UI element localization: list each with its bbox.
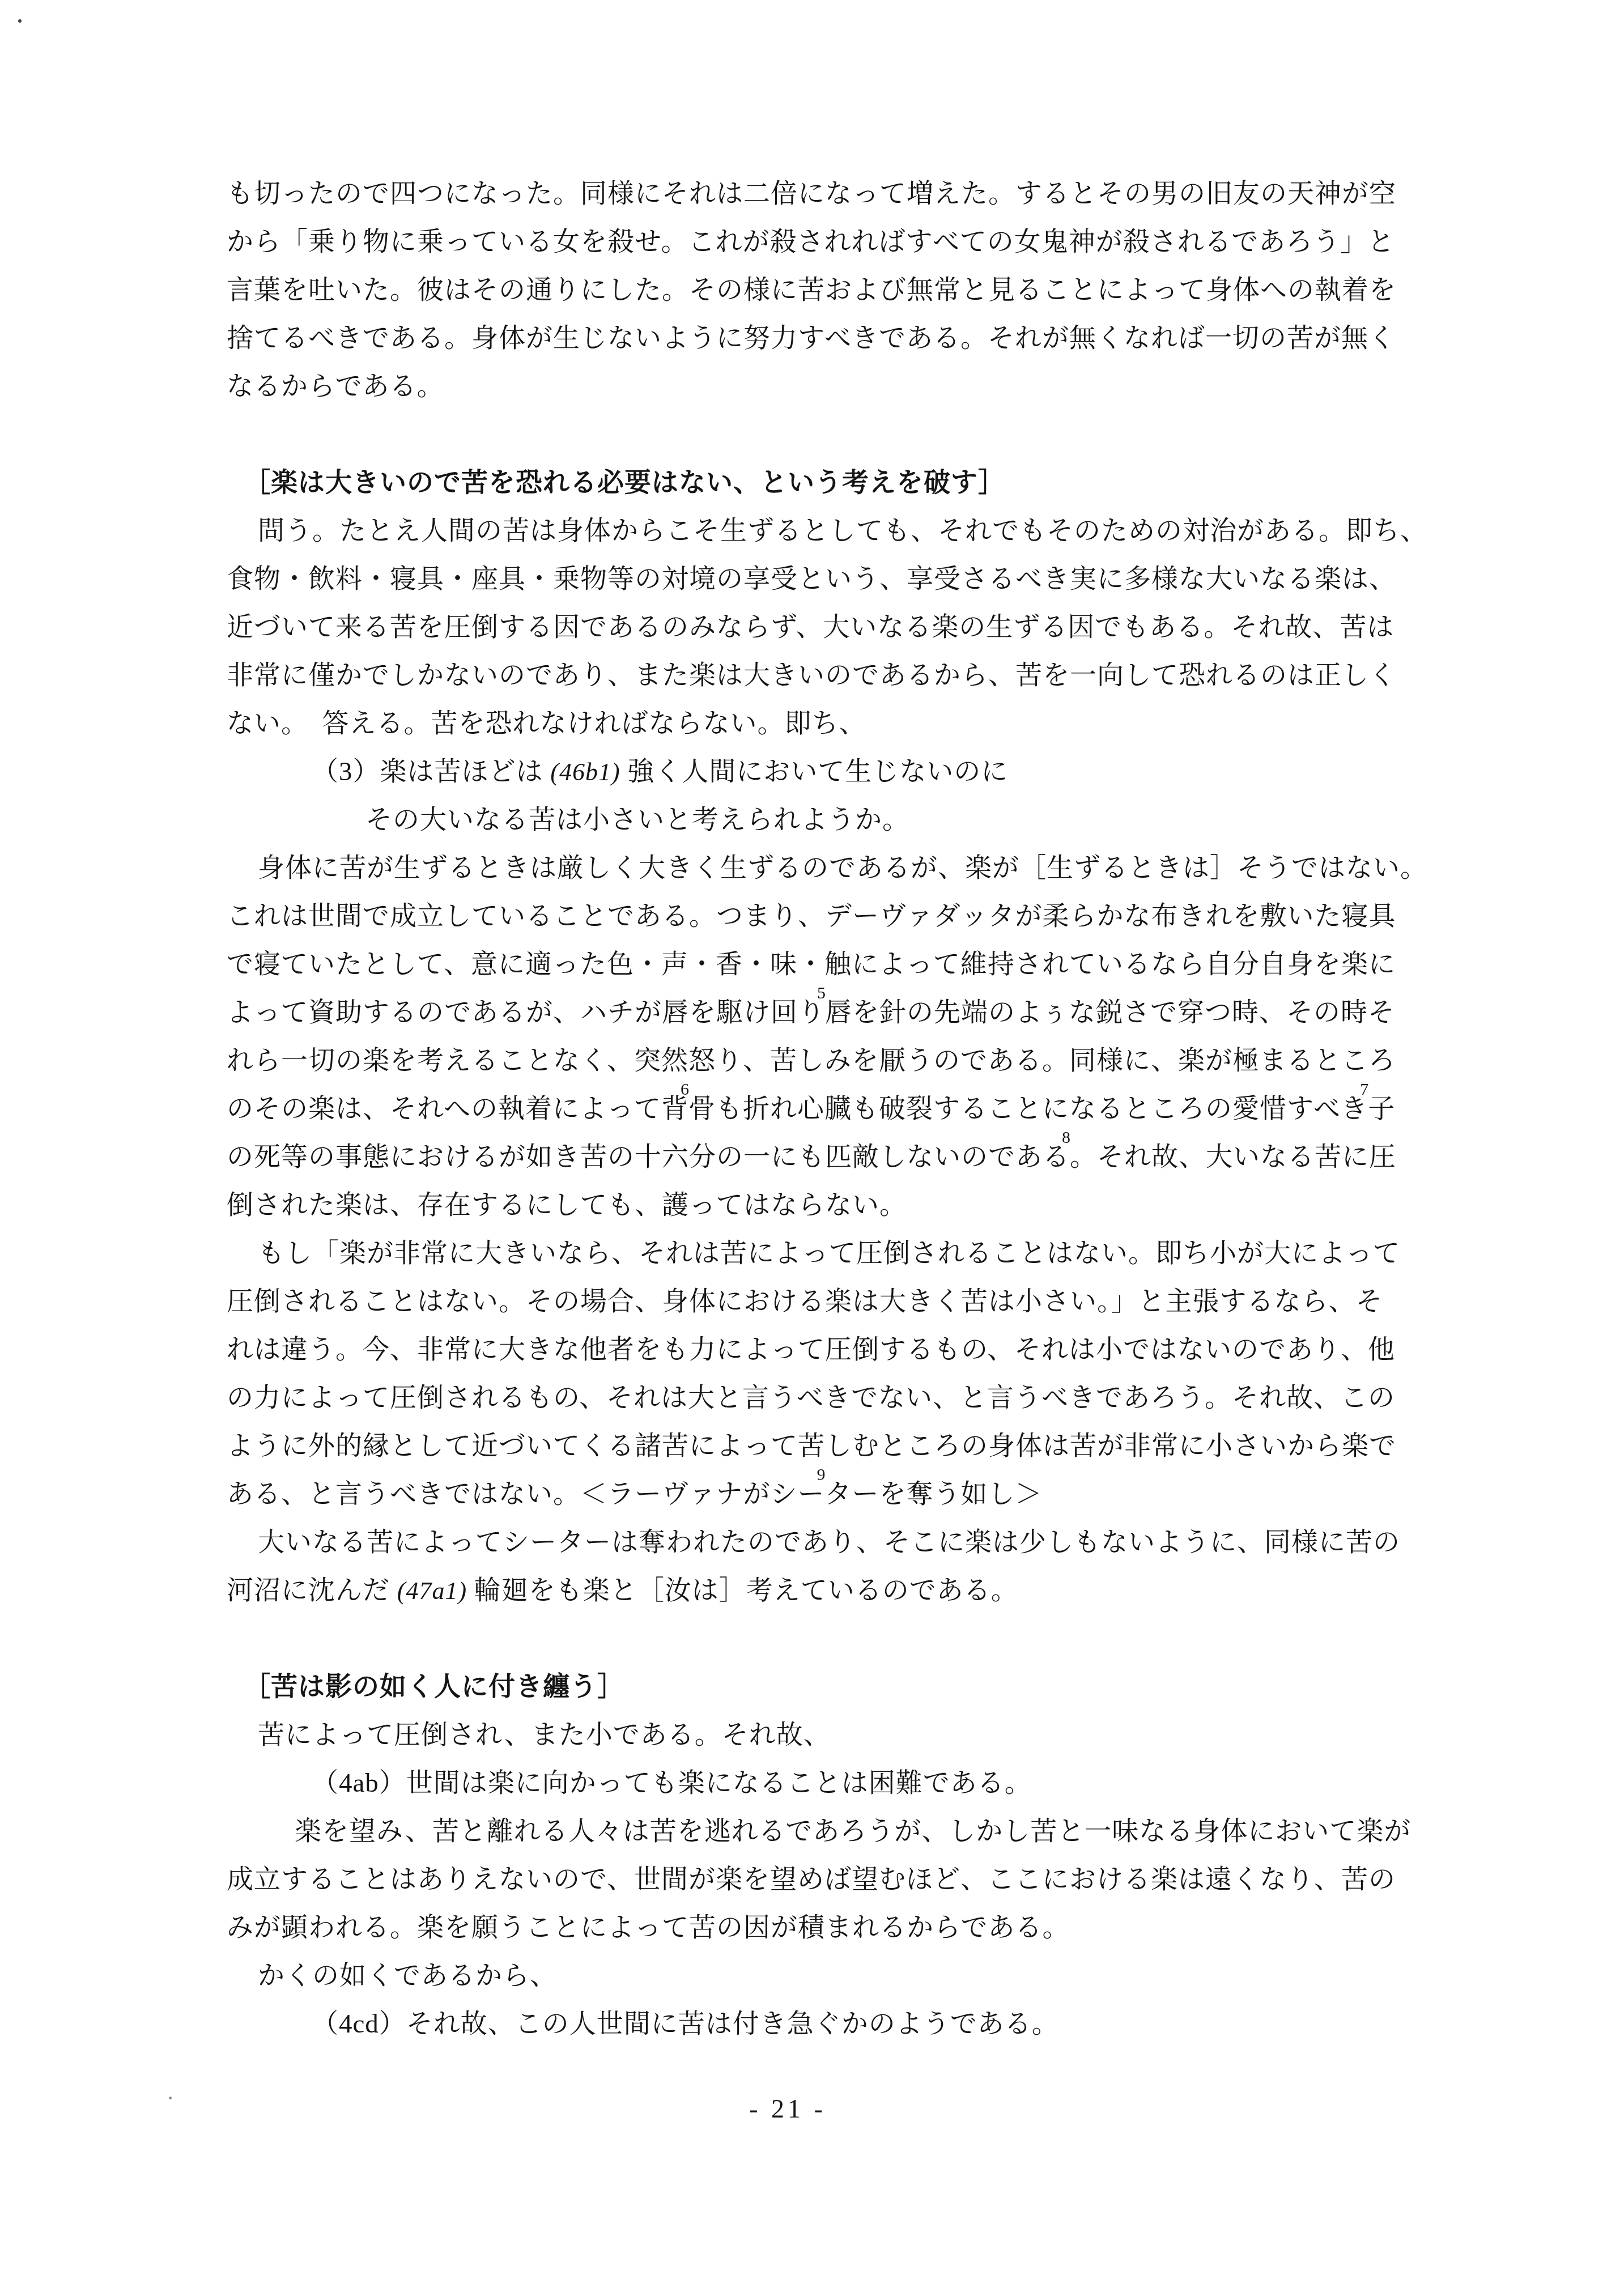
text-line: のその楽は、それへの執着によって背6骨も折れ心臓も破裂することになるところの愛惜…: [227, 1085, 1473, 1133]
text-line: れは違う。今、非常に大きな他者をも力によって圧倒するもの、それは小ではないのであ…: [227, 1326, 1473, 1374]
text-line: 苦によって圧倒され、また小である。それ故、: [227, 1711, 1473, 1759]
text-line: 楽を望み、苦と離れる人々は苦を逃れるであろうが、しかし苦と一味なる身体において楽…: [227, 1808, 1473, 1856]
text-line: ように外的縁として近づいてくる諸苦によって苦しむところの身体は苦が非常に小さいか…: [227, 1422, 1473, 1470]
page-body: も切ったので四つになった。同様にそれは二倍になって増えた。するとその男の旧友の天…: [227, 170, 1473, 2048]
page-number: - 21 -: [0, 2094, 1575, 2124]
text-line: れら一切の楽を考えることなく、突然怒り、苦しみを厭うのである。同様に、楽が極まる…: [227, 1037, 1473, 1085]
text-line: かくの如くであるから、: [227, 1952, 1473, 2000]
text-line: 倒された楽は、存在するにしても、護ってはならない。: [227, 1181, 1473, 1230]
text-line: 言葉を吐いた。彼はその通りにした。その様に苦および無常と見ることによって身体への…: [227, 266, 1473, 314]
text-line: もし「楽が非常に大きいなら、それは苦によって圧倒されることはない。即ち小が大によ…: [227, 1230, 1473, 1278]
text-line: 近づいて来る苦を圧倒する因であるのみならず、大いなる楽の生ずる因でもある。それ故…: [227, 603, 1473, 652]
verse-line: （3）楽は苦ほどは (46b1) 強く人間において生じないのに: [227, 748, 1473, 796]
text-line: 大いなる苦によってシーターは奪われたのであり、そこに楽は少しもないように、同様に…: [227, 1519, 1473, 1567]
text-line: 問う。たとえ人間の苦は身体からこそ生ずるとしても、それでもそのための対治がある。…: [227, 507, 1473, 555]
text-line: ない。 答える。苦を恐れなければならない。即ち、: [227, 700, 1473, 748]
section-heading: ［苦は影の如く人に付き纏う］: [227, 1663, 1473, 1711]
text-line: 非常に僅かでしかないのであり、また楽は大きいのであるから、苦を一向して恐れるのは…: [227, 652, 1473, 700]
text-line: よって資助するのであるが、ハチが唇を駆け回り5唇を針の先端のよぅな鋭さで穿つ時、…: [227, 989, 1473, 1037]
text-line: の力によって圧倒されるもの、それは大と言うべきでない、と言うべきであろう。それ故…: [227, 1374, 1473, 1422]
text-line: 成立することはありえないので、世間が楽を望めば望むほど、ここにおける楽は遠くなり…: [227, 1856, 1473, 1904]
document-page: も切ったので四つになった。同様にそれは二倍になって増えた。するとその男の旧友の天…: [0, 0, 1624, 2296]
folio-reference: (46b1): [550, 758, 620, 786]
text-line: なるからである。: [227, 363, 1473, 411]
text-line: 身体に苦が生ずるときは厳しく大きく生ずるのであるが、楽が［生ずるときは］そうでは…: [227, 844, 1473, 892]
verse-line: （4ab）世間は楽に向かっても楽になることは困難である。: [227, 1759, 1473, 1808]
text-line: 捨てるべきである。身体が生じないように努力すべきである。それが無くなれば一切の苦…: [227, 314, 1473, 363]
text-line: ある、と言うべきではない。＜ラーヴァナがシー9ターを奪う如し＞: [227, 1470, 1473, 1519]
text-line: これは世間で成立していることである。つまり、デーヴァダッタが柔らかな布きれを敷い…: [227, 892, 1473, 941]
text-line: 食物・飲料・寝具・座具・乗物等の対境の享受という、享受さるべき実に多様な大いなる…: [227, 555, 1473, 603]
verse-line: （4cd）それ故、この人世間に苦は付き急ぐかのようである。: [227, 2000, 1473, 2048]
verse-line: その大いなる苦は小さいと考えられようか。: [227, 796, 1473, 844]
scan-artifact: [18, 19, 22, 23]
folio-reference: (47a1): [397, 1577, 467, 1605]
section-heading: ［楽は大きいので苦を恐れる必要はない、という考えを破す］: [227, 459, 1473, 507]
text-line: みが顕われる。楽を願うことによって苦の因が積まれるからである。: [227, 1904, 1473, 1952]
text-line: 圧倒されることはない。その場合、身体における楽は大きく苦は小さい。」と主張するな…: [227, 1278, 1473, 1326]
text-line: 河沼に沈んだ (47a1) 輪廻をも楽と［汝は］考えているのである。: [227, 1567, 1473, 1615]
text-line: も切ったので四つになった。同様にそれは二倍になって増えた。するとその男の旧友の天…: [227, 170, 1473, 218]
text-line: から「乗り物に乗っている女を殺せ。これが殺されればすべての女鬼神が殺されるであろ…: [227, 218, 1473, 266]
text-line: の死等の事態におけるが如き苦の十六分の一にも匹敵しないのである8。それ故、大いな…: [227, 1133, 1473, 1181]
text-line: で寝ていたとして、意に適った色・声・香・味・触によって維持されているなら自分自身…: [227, 941, 1473, 989]
